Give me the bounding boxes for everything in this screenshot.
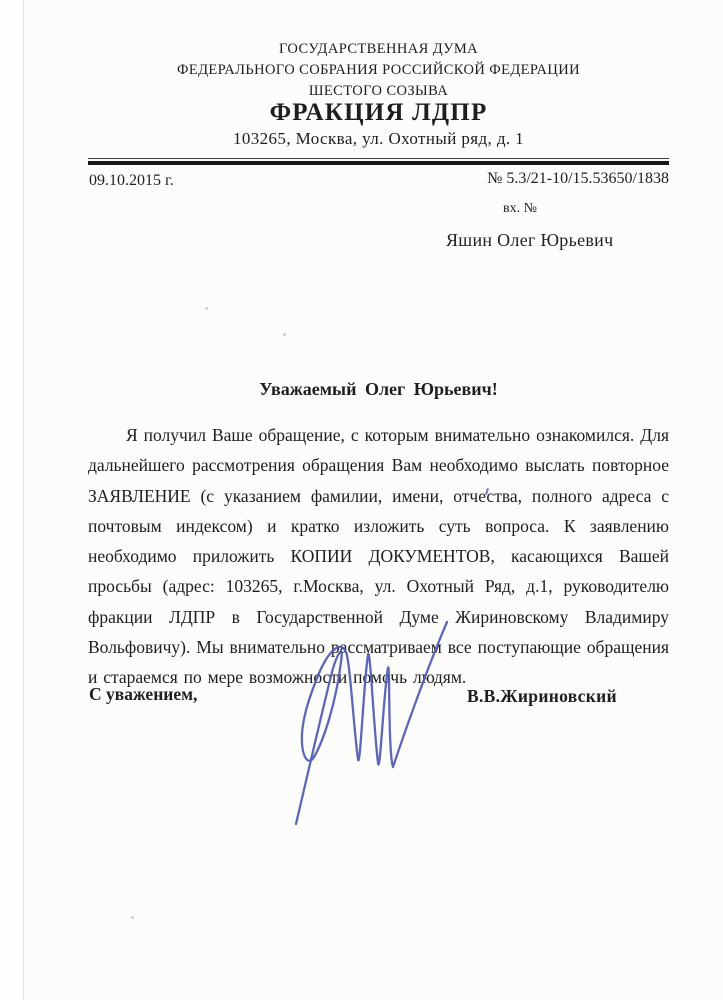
- scan-fold-line: [23, 0, 24, 1000]
- scanned-letter-page: ГОСУДАРСТВЕННАЯ ДУМА ФЕДЕРАЛЬНОГО СОБРАН…: [0, 0, 723, 1000]
- incoming-number-label: вх. №: [503, 201, 537, 217]
- letterhead-org-line3: ШЕСТОГО СОЗЫВА: [88, 83, 669, 100]
- letterhead-org-line1: ГОСУДАРСТВЕННАЯ ДУМА: [88, 41, 669, 58]
- letterhead-org-line2: ФЕДЕРАЛЬНОГО СОБРАНИЯ РОССИЙСКОЙ ФЕДЕРАЦ…: [88, 62, 669, 79]
- closing-phrase: С уважением,: [89, 684, 197, 705]
- letterhead-rule-thick: [88, 161, 669, 165]
- scan-edge-strip: [0, 0, 23, 1000]
- scan-speck: [283, 333, 286, 336]
- signature-stroke: [296, 622, 447, 824]
- signer-name: В.В.Жириновский: [467, 686, 617, 707]
- letterhead-address: 103265, Москва, ул. Охотный ряд, д. 1: [88, 129, 669, 149]
- letterhead-faction-title: ФРАКЦИЯ ЛДПР: [88, 99, 669, 127]
- scan-speck: [205, 307, 208, 310]
- salutation: Уважаемый Олег Юрьевич!: [88, 379, 669, 400]
- scan-speck: [131, 916, 134, 919]
- addressee-name: Яшин Олег Юрьевич: [446, 230, 613, 251]
- handwritten-signature: [272, 610, 462, 830]
- letterhead-rule-thin: [88, 158, 669, 159]
- letter-reference-number: № 5.3/21-10/15.53650/1838: [487, 170, 669, 188]
- letter-date: 09.10.2015 г.: [89, 172, 174, 190]
